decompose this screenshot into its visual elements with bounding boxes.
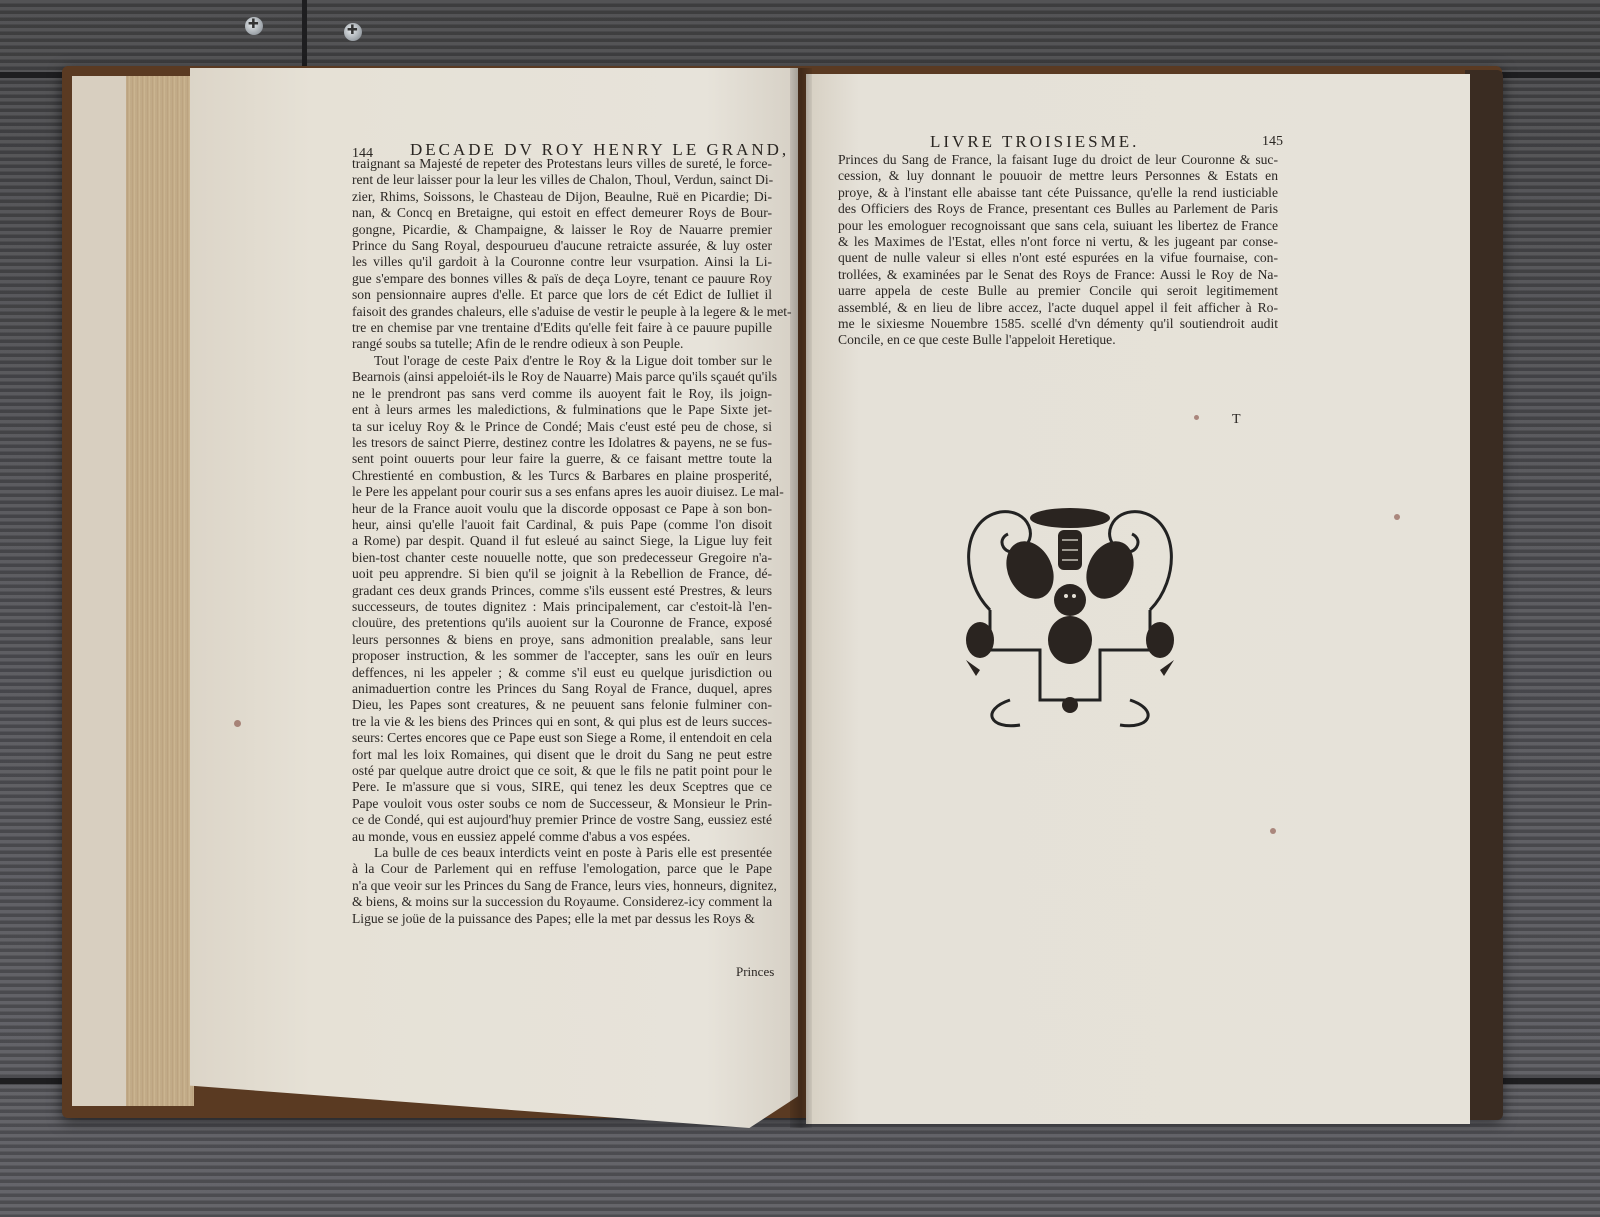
text-line: Pere. Ie m'assure que si vous, SIRE, qui…: [352, 779, 772, 795]
text-line: traignant sa Majesté de repeter des Prot…: [352, 156, 772, 172]
signature-mark: T: [1232, 412, 1241, 428]
text-line: sent point ouuerts pour leur faire la gu…: [352, 451, 772, 467]
foxing-spot: [1394, 514, 1400, 520]
text-line: faisoit des grandes chaleurs, elle s'adu…: [352, 304, 772, 320]
text-line: quent de nulle valeur si elles n'ont est…: [838, 250, 1278, 266]
text-line: successeurs, de toutes dignitez : Mais p…: [352, 599, 772, 615]
text-line: Dieu, les Papes sont creatures, & ne peu…: [352, 697, 772, 713]
screw-icon: [344, 23, 362, 41]
text-line: Prince du Sang Royal, despourueu d'aucun…: [352, 238, 772, 254]
text-line: proposer instruction, & les sommer de l'…: [352, 648, 772, 664]
screw-icon: [245, 17, 263, 35]
foxing-spot: [234, 720, 241, 727]
text-line: & biens, & moins sur la succession du Ro…: [352, 894, 772, 910]
text-line: & les Maximes de l'Estat, elles n'ont fo…: [838, 234, 1278, 250]
text-line: des Officiers des Roys de France, presen…: [838, 201, 1278, 217]
woodcut-ornament-icon: [950, 500, 1190, 730]
foxing-spot: [1194, 415, 1199, 420]
text-line: pour les emologuer recognoissant que san…: [838, 218, 1278, 234]
text-line: osté par quelque autre droict que ce soi…: [352, 763, 772, 779]
text-line: La bulle de ces beaux interdicts veint e…: [352, 845, 772, 861]
text-line: bien-tost chanter ceste nouuelle notte, …: [352, 550, 772, 566]
catchword: Princes: [736, 964, 774, 980]
text-line: deffences, ni les appeler ; & comme s'il…: [352, 665, 772, 681]
text-line: heur, ainsi qu'elle l'auoit fait Cardina…: [352, 517, 772, 533]
right-page-text: Princes du Sang de France, la faisant Iu…: [838, 152, 1278, 349]
text-line: Ligue se joüe de la puissance des Papes;…: [352, 911, 772, 927]
text-line: animaduertion contre les Princes du Sang…: [352, 681, 772, 697]
text-line: au monde, vous en eussiez appelé comme d…: [352, 829, 772, 845]
text-line: leurs personnes & biens en proye, sans a…: [352, 632, 772, 648]
gutter-shadow: [790, 68, 812, 1128]
text-line: assemblé, & en lieu de libre accez, l'ac…: [838, 300, 1278, 316]
text-line: à la Cour de Parlement qui en reffuse l'…: [352, 861, 772, 877]
plank-joint: [302, 0, 307, 76]
text-line: n'a que veoir sur les Princes du Sang de…: [352, 878, 772, 894]
text-line: ce de Condé, qui est aujourd'huy premier…: [352, 812, 772, 828]
right-running-head: LIVRE TROISIESME.: [930, 132, 1139, 152]
paragraph: traignant sa Majesté de repeter des Prot…: [352, 156, 772, 353]
text-line: Tout l'orage de ceste Paix d'entre le Ro…: [352, 353, 772, 369]
text-line: nan, & Concq en Bretaigne, qui estoit en…: [352, 205, 772, 221]
text-line: a Rome) par despit. Quand il fut esleué …: [352, 533, 772, 549]
text-line: cession, & luy donnant le pouuoir de met…: [838, 168, 1278, 184]
text-line: rangé soubs sa tutelle; Afin de le rendr…: [352, 336, 772, 352]
text-line: gradant ces deux grands Princes, comme s…: [352, 583, 772, 599]
text-line: les villes qu'il gardoit à la Couronne c…: [352, 254, 772, 270]
paragraph: Princes du Sang de France, la faisant Iu…: [838, 152, 1278, 349]
text-line: trollées, & examinées par le Senat des R…: [838, 267, 1278, 283]
text-line: ent à leurs armes les maledictions, & fu…: [352, 402, 772, 418]
text-line: gue s'empare des bonnes villes & païs de…: [352, 271, 772, 287]
paragraph: La bulle de ces beaux interdicts veint e…: [352, 845, 772, 927]
text-line: rent de leur laisser pour la leur les vi…: [352, 172, 772, 188]
text-line: tre en chemise par vne trentaine d'Edits…: [352, 320, 772, 336]
text-line: ne le prendront pas sans verd comme ils …: [352, 386, 772, 402]
page-block-edge: [126, 76, 194, 1106]
text-line: me le sixiesme Nouembre 1585. scellé d'v…: [838, 316, 1278, 332]
text-line: uoit peu apprendre. Si bien qu'il se joi…: [352, 566, 772, 582]
text-line: heur de la France auoit voulu que la dis…: [352, 501, 772, 517]
foxing-spot: [1270, 828, 1276, 834]
book-cover-edge: [1465, 70, 1503, 1120]
text-line: le Pere les appelant pour courir sus a s…: [352, 484, 772, 500]
pastedown: [72, 76, 132, 1106]
left-page-text: traignant sa Majesté de repeter des Prot…: [352, 156, 772, 927]
text-line: seurs: Certes encores que ce Pape eust s…: [352, 730, 772, 746]
paragraph: Tout l'orage de ceste Paix d'entre le Ro…: [352, 353, 772, 845]
text-line: zier, Rhims, Soissons, le Chasteau de Di…: [352, 189, 772, 205]
text-line: uarre appela de ceste Bulle au premier C…: [838, 283, 1278, 299]
text-line: son pensionnaire aupres d'elle. Et parce…: [352, 287, 772, 303]
text-line: ta sur iceluy Roy & le Prince de Condé; …: [352, 419, 772, 435]
right-folio: 145: [1262, 134, 1283, 150]
text-line: fort mal les loix Romaines, qui disent q…: [352, 747, 772, 763]
text-line: Chrestienté en combustion, & les Turcs &…: [352, 468, 772, 484]
text-line: Bearnois (ainsi appeloiét-ils le Roy de …: [352, 369, 772, 385]
text-line: Concile, en ce que ceste Bulle l'appeloi…: [838, 332, 1278, 348]
text-line: Princes du Sang de France, la faisant Iu…: [838, 152, 1278, 168]
text-line: les tresors de sainct Pierre, destinez c…: [352, 435, 772, 451]
text-line: clouüre, des pretentions qu'ils auoient …: [352, 615, 772, 631]
text-line: Pape vouloit vous oster soubs ce nom de …: [352, 796, 772, 812]
text-line: tre la vie & les biens des Princes qui e…: [352, 714, 772, 730]
text-line: proye, & à l'instant elle abaisse tant c…: [838, 185, 1278, 201]
text-line: gongne, Picardie, & Champaigne, & laisse…: [352, 222, 772, 238]
